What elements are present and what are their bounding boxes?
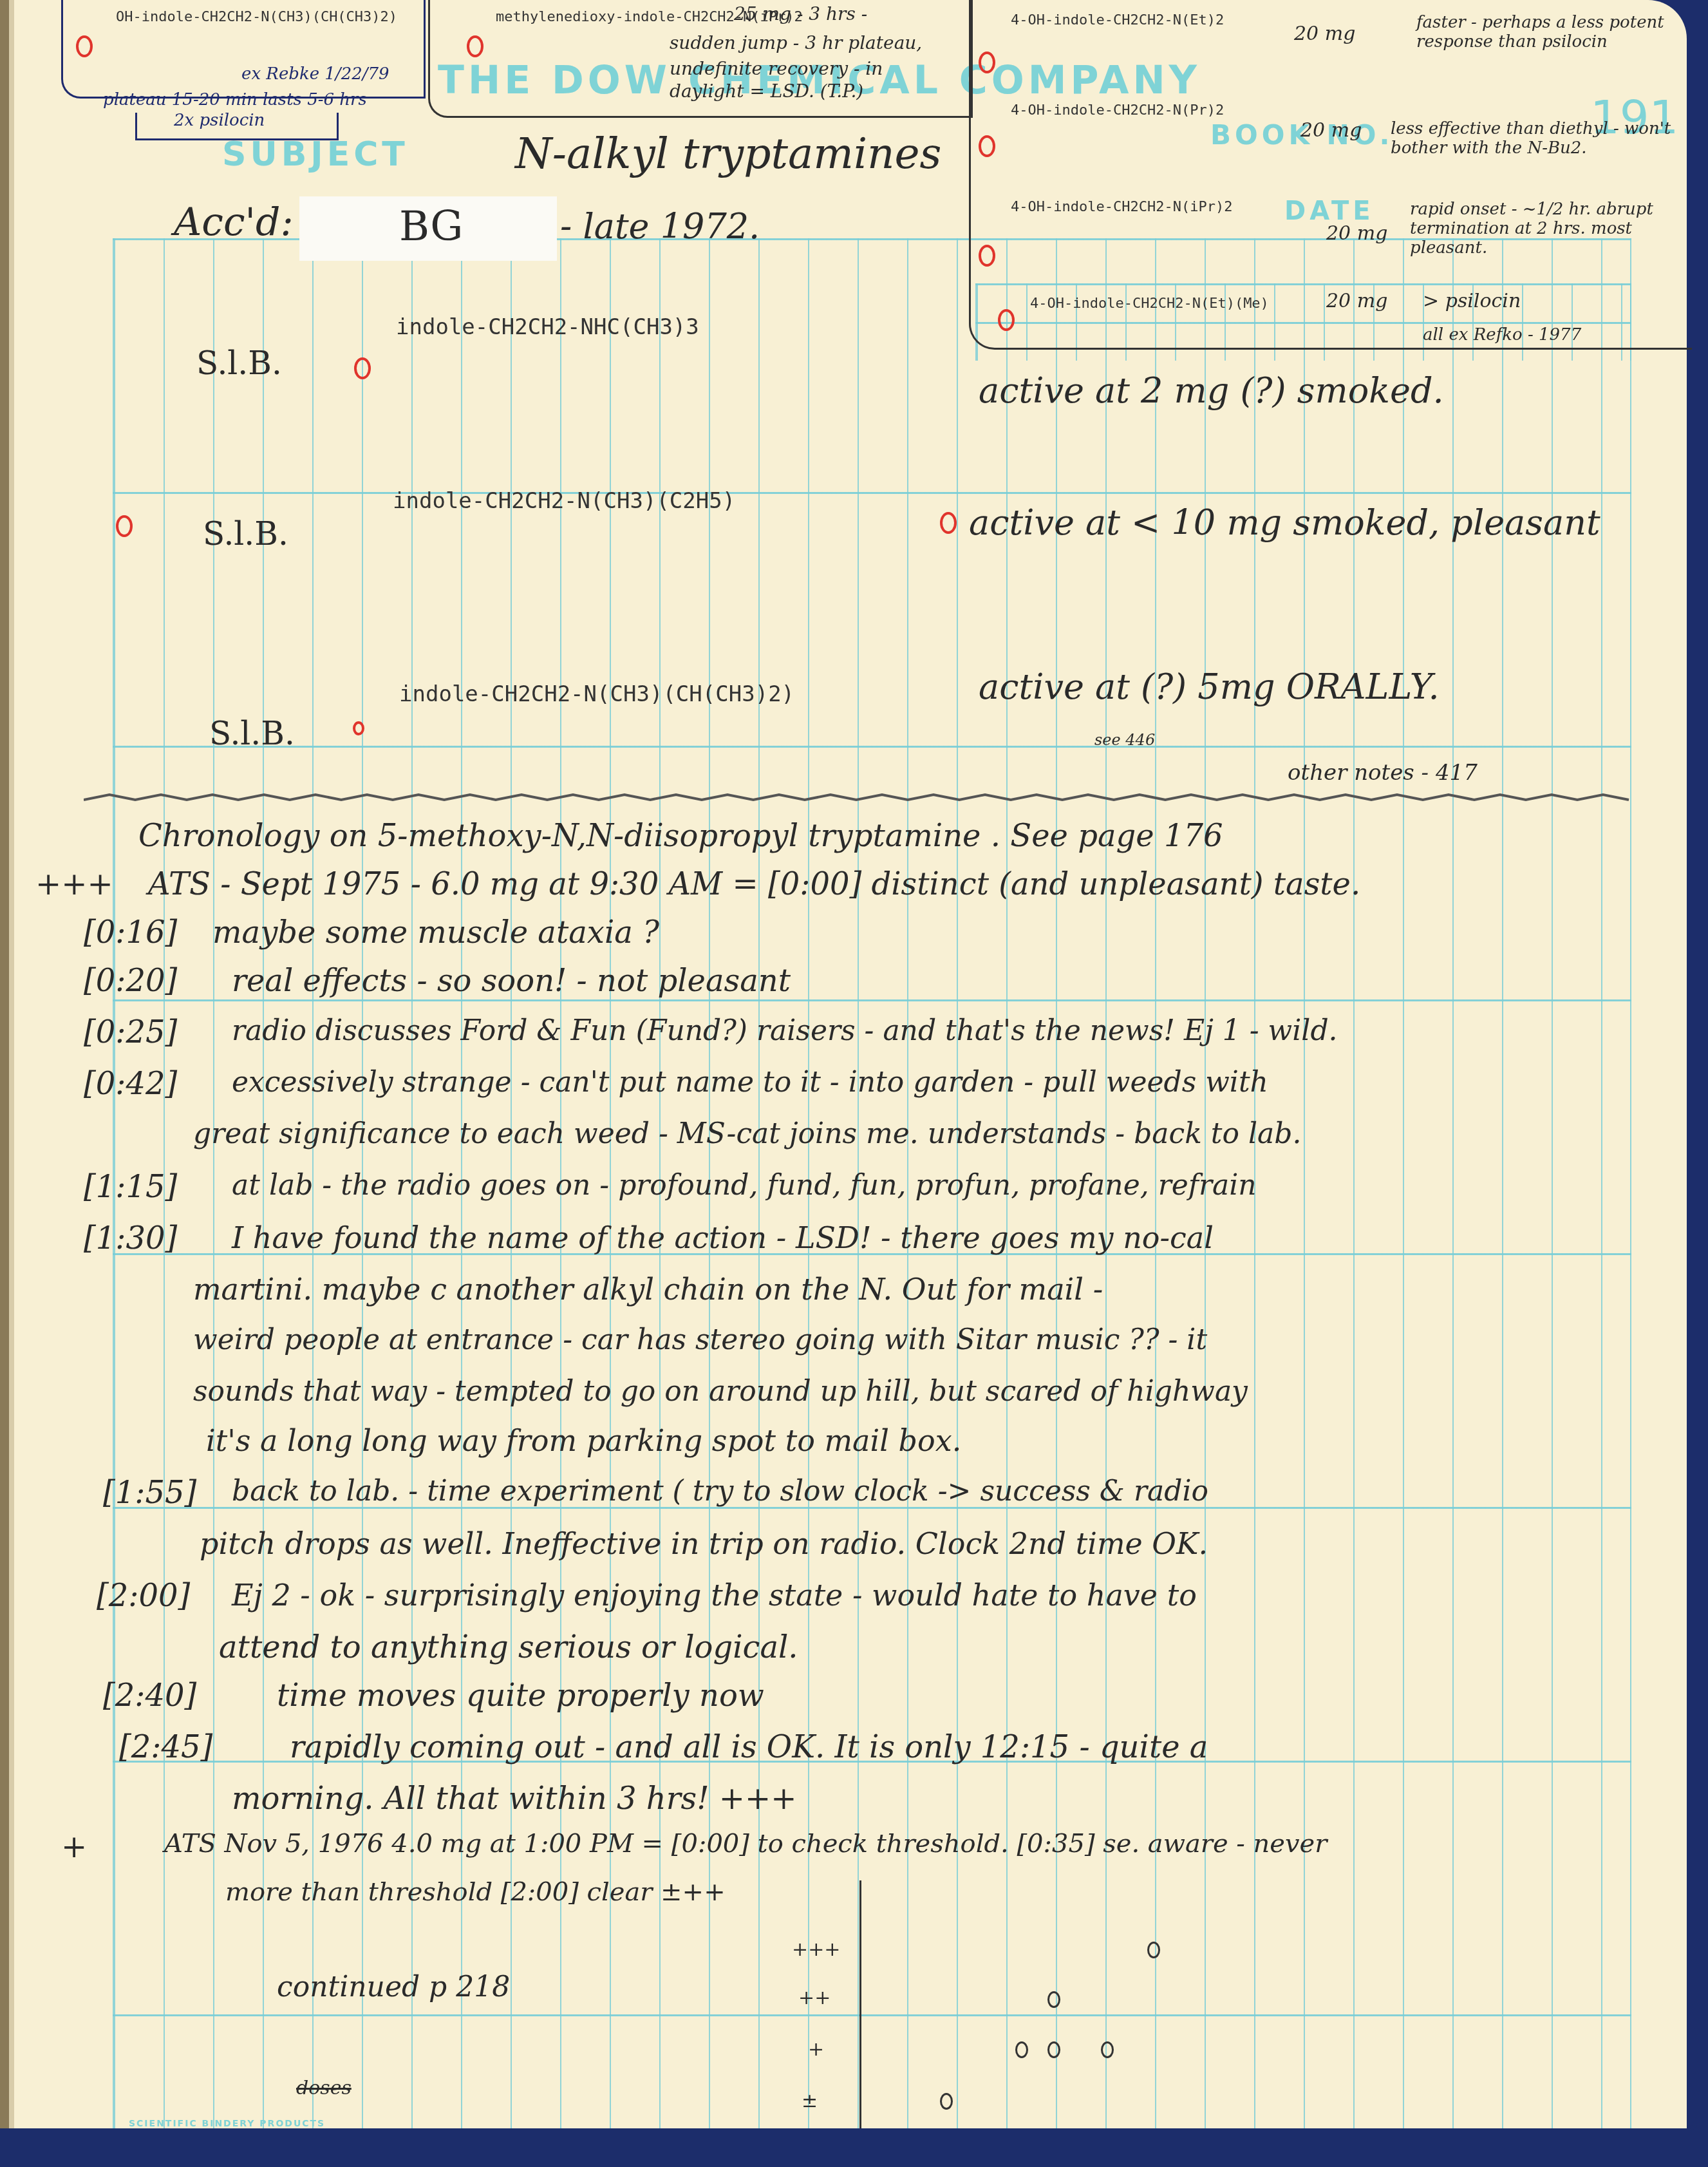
red-circle-mark <box>353 721 364 735</box>
chronology-time: [1:55] <box>103 1475 196 1511</box>
chronology-entry: real effects - so soon! - not pleasant <box>232 963 791 999</box>
middle-note-3: daylight = LSD. (T.P.) <box>670 80 863 102</box>
middle-dose: 25 mg - 3 hrs - <box>734 3 867 24</box>
slb-label-3: S.l.B. <box>209 715 295 752</box>
rating-mark <box>1047 2041 1060 2058</box>
structure-slb-1: indole-CH2CH2-NHC(CH3)3 <box>396 316 699 339</box>
slb-note-3: active at (?) 5mg ORALLY. <box>979 667 1440 707</box>
notebook-page: THE DOW CHEMICAL COMPANY SUBJECT BOOK NO… <box>0 0 1687 2144</box>
chronology-entry: maybe some muscle ataxia ? <box>212 914 659 951</box>
acc-label: Acc'd: <box>174 200 294 245</box>
chronology-entry: I have found the name of the action - LS… <box>232 1220 1214 1255</box>
subject-value: N-alkyl tryptamines <box>515 129 941 178</box>
structure-right-1: 4-OH-indole-CH2CH2-N(Et)2 <box>1011 13 1224 28</box>
rating-mark <box>1147 1942 1160 1958</box>
slb-note-2: active at < 10 mg smoked, pleasant <box>969 502 1600 543</box>
printer-imprint: SCIENTIFIC BINDERY PRODUCTS <box>129 2119 325 2129</box>
rating-mark <box>1047 1991 1060 2008</box>
rating-label: ++ <box>798 1987 831 2009</box>
right-note-4: > psilocin <box>1423 290 1521 312</box>
other-notes: other notes - 417 <box>1288 760 1478 786</box>
subject-label: SUBJECT <box>222 135 409 174</box>
chronology-time: [2:00] <box>97 1578 190 1614</box>
right-note-1: faster - perhaps a less potent response … <box>1416 13 1687 52</box>
middle-note-1: sudden jump - 3 hr plateau, <box>670 32 922 53</box>
chronology-entry: ATS - Sept 1975 - 6.0 mg at 9:30 AM = [0… <box>148 866 1360 902</box>
acc-date: - late 1972. <box>560 206 760 247</box>
chronology-mark: + <box>61 1829 87 1865</box>
chronology-entry: rapidly coming out - and all is OK. It i… <box>290 1729 1208 1765</box>
rating-label: ± <box>802 2090 818 2112</box>
structure-slb-2: indole-CH2CH2-N(CH3)(C2H5) <box>393 489 735 513</box>
red-circle-mark <box>979 52 995 73</box>
rating-mark <box>1015 2041 1028 2058</box>
red-circle-mark <box>76 35 93 57</box>
right-dose-4: 20 mg <box>1326 290 1387 312</box>
continued-note: continued p 218 <box>277 1971 510 2003</box>
chronology-entry: at lab - the radio goes on - profound, f… <box>232 1169 1257 1202</box>
right-dose-3: 20 mg <box>1326 222 1387 245</box>
chronology-time: [2:40] <box>103 1678 196 1714</box>
chronology-entry: excessively strange - can't put name to … <box>232 1066 1268 1099</box>
right-footer: all ex Refko - 1977 <box>1423 325 1581 345</box>
chronology-time: [0:25] <box>84 1014 177 1050</box>
acc-value: BG <box>399 203 463 251</box>
chronology-time: [0:20] <box>84 963 177 999</box>
chronology-entry: great significance to each weed - MS-cat… <box>193 1117 1301 1150</box>
rating-scale-axis <box>859 1880 861 2157</box>
left-note-effects: plateau 15-20 min lasts 5-6 hrs <box>103 90 367 109</box>
rating-mark <box>1101 2041 1114 2058</box>
chronology-time: [1:15] <box>84 1169 177 1205</box>
structure-right-3: 4-OH-indole-CH2CH2-N(iPr)2 <box>1011 200 1232 215</box>
rating-mark <box>940 2093 953 2110</box>
chronology-time: [0:42] <box>84 1066 177 1102</box>
structure-right-2: 4-OH-indole-CH2CH2-N(Pr)2 <box>1011 103 1224 118</box>
chronology-entry: martini. maybe c another alkyl chain on … <box>193 1272 1103 1307</box>
slb-ref-3: see 446 <box>1094 731 1155 749</box>
chronology-entry: pitch drops as well. Ineffective in trip… <box>200 1526 1208 1561</box>
red-circle-mark <box>940 512 957 534</box>
right-dose-2: 20 mg <box>1300 119 1362 142</box>
chronology-entry: more than threshold [2:00] clear ±++ <box>225 1877 726 1907</box>
chronology-entry: sounds that way - tempted to go on aroun… <box>193 1375 1248 1408</box>
structure-right-4: 4-OH-indole-CH2CH2-N(Et)(Me) <box>1030 296 1269 312</box>
red-circle-mark <box>116 515 133 537</box>
red-circle-mark <box>979 245 995 267</box>
structure-slb-3: indole-CH2CH2-N(CH3)(CH(CH3)2) <box>399 683 794 706</box>
structure-left: OH-indole-CH2CH2-N(CH3)(CH(CH3)2) <box>116 10 397 25</box>
left-note-source: ex Rebke 1/22/79 <box>241 64 389 84</box>
red-circle-mark <box>354 357 371 379</box>
red-circle-mark <box>998 309 1015 331</box>
wavy-divider <box>84 791 1642 804</box>
slb-note-1: active at 2 mg (?) smoked. <box>979 370 1444 411</box>
chronology-entry: attend to anything serious or logical. <box>219 1629 798 1665</box>
chronology-entry: weird people at entrance - car has stere… <box>193 1323 1207 1356</box>
slb-label-2: S.l.B. <box>203 515 288 553</box>
chronology-entry: Ej 2 - ok - surprisingly enjoying the st… <box>232 1578 1197 1613</box>
chronology-entry: back to lab. - time experiment ( try to … <box>232 1475 1208 1508</box>
red-circle-mark <box>979 135 995 157</box>
chronology-entry: it's a long long way from parking spot t… <box>206 1423 961 1458</box>
chronology-entry: ATS Nov 5, 1976 4.0 mg at 1:00 PM = [0:0… <box>164 1829 1327 1859</box>
rating-label: +++ <box>792 1938 840 1961</box>
chronology-time: [0:16] <box>84 914 177 951</box>
slb-label-1: S.l.B. <box>196 345 282 382</box>
chronology-entry: morning. All that within 3 hrs! +++ <box>232 1781 796 1817</box>
binding-background <box>0 2128 1708 2167</box>
right-note-3: rapid onset - ~1/2 hr. abrupt terminatio… <box>1410 200 1687 258</box>
chronology-mark: +++ <box>35 866 113 902</box>
chronology-time: [1:30] <box>84 1220 177 1256</box>
middle-note-2: undefinite recovery - in <box>670 58 883 79</box>
chronology-entry: radio discusses Ford & Fun (Fund?) raise… <box>232 1014 1338 1047</box>
red-circle-mark <box>467 35 483 57</box>
chronology-title: Chronology on 5-methoxy-N,N-diisopropyl … <box>138 818 1223 854</box>
right-note-2: less effective than diethyl - won't both… <box>1391 119 1687 158</box>
rating-label: + <box>808 2038 824 2061</box>
crossed-out-word: doses <box>296 2077 352 2099</box>
chronology-entry: time moves quite properly now <box>277 1678 764 1714</box>
right-dose-1: 20 mg <box>1294 23 1355 45</box>
left-note-potency: 2x psilocin <box>174 111 265 130</box>
chronology-time: [2:45] <box>119 1729 212 1765</box>
